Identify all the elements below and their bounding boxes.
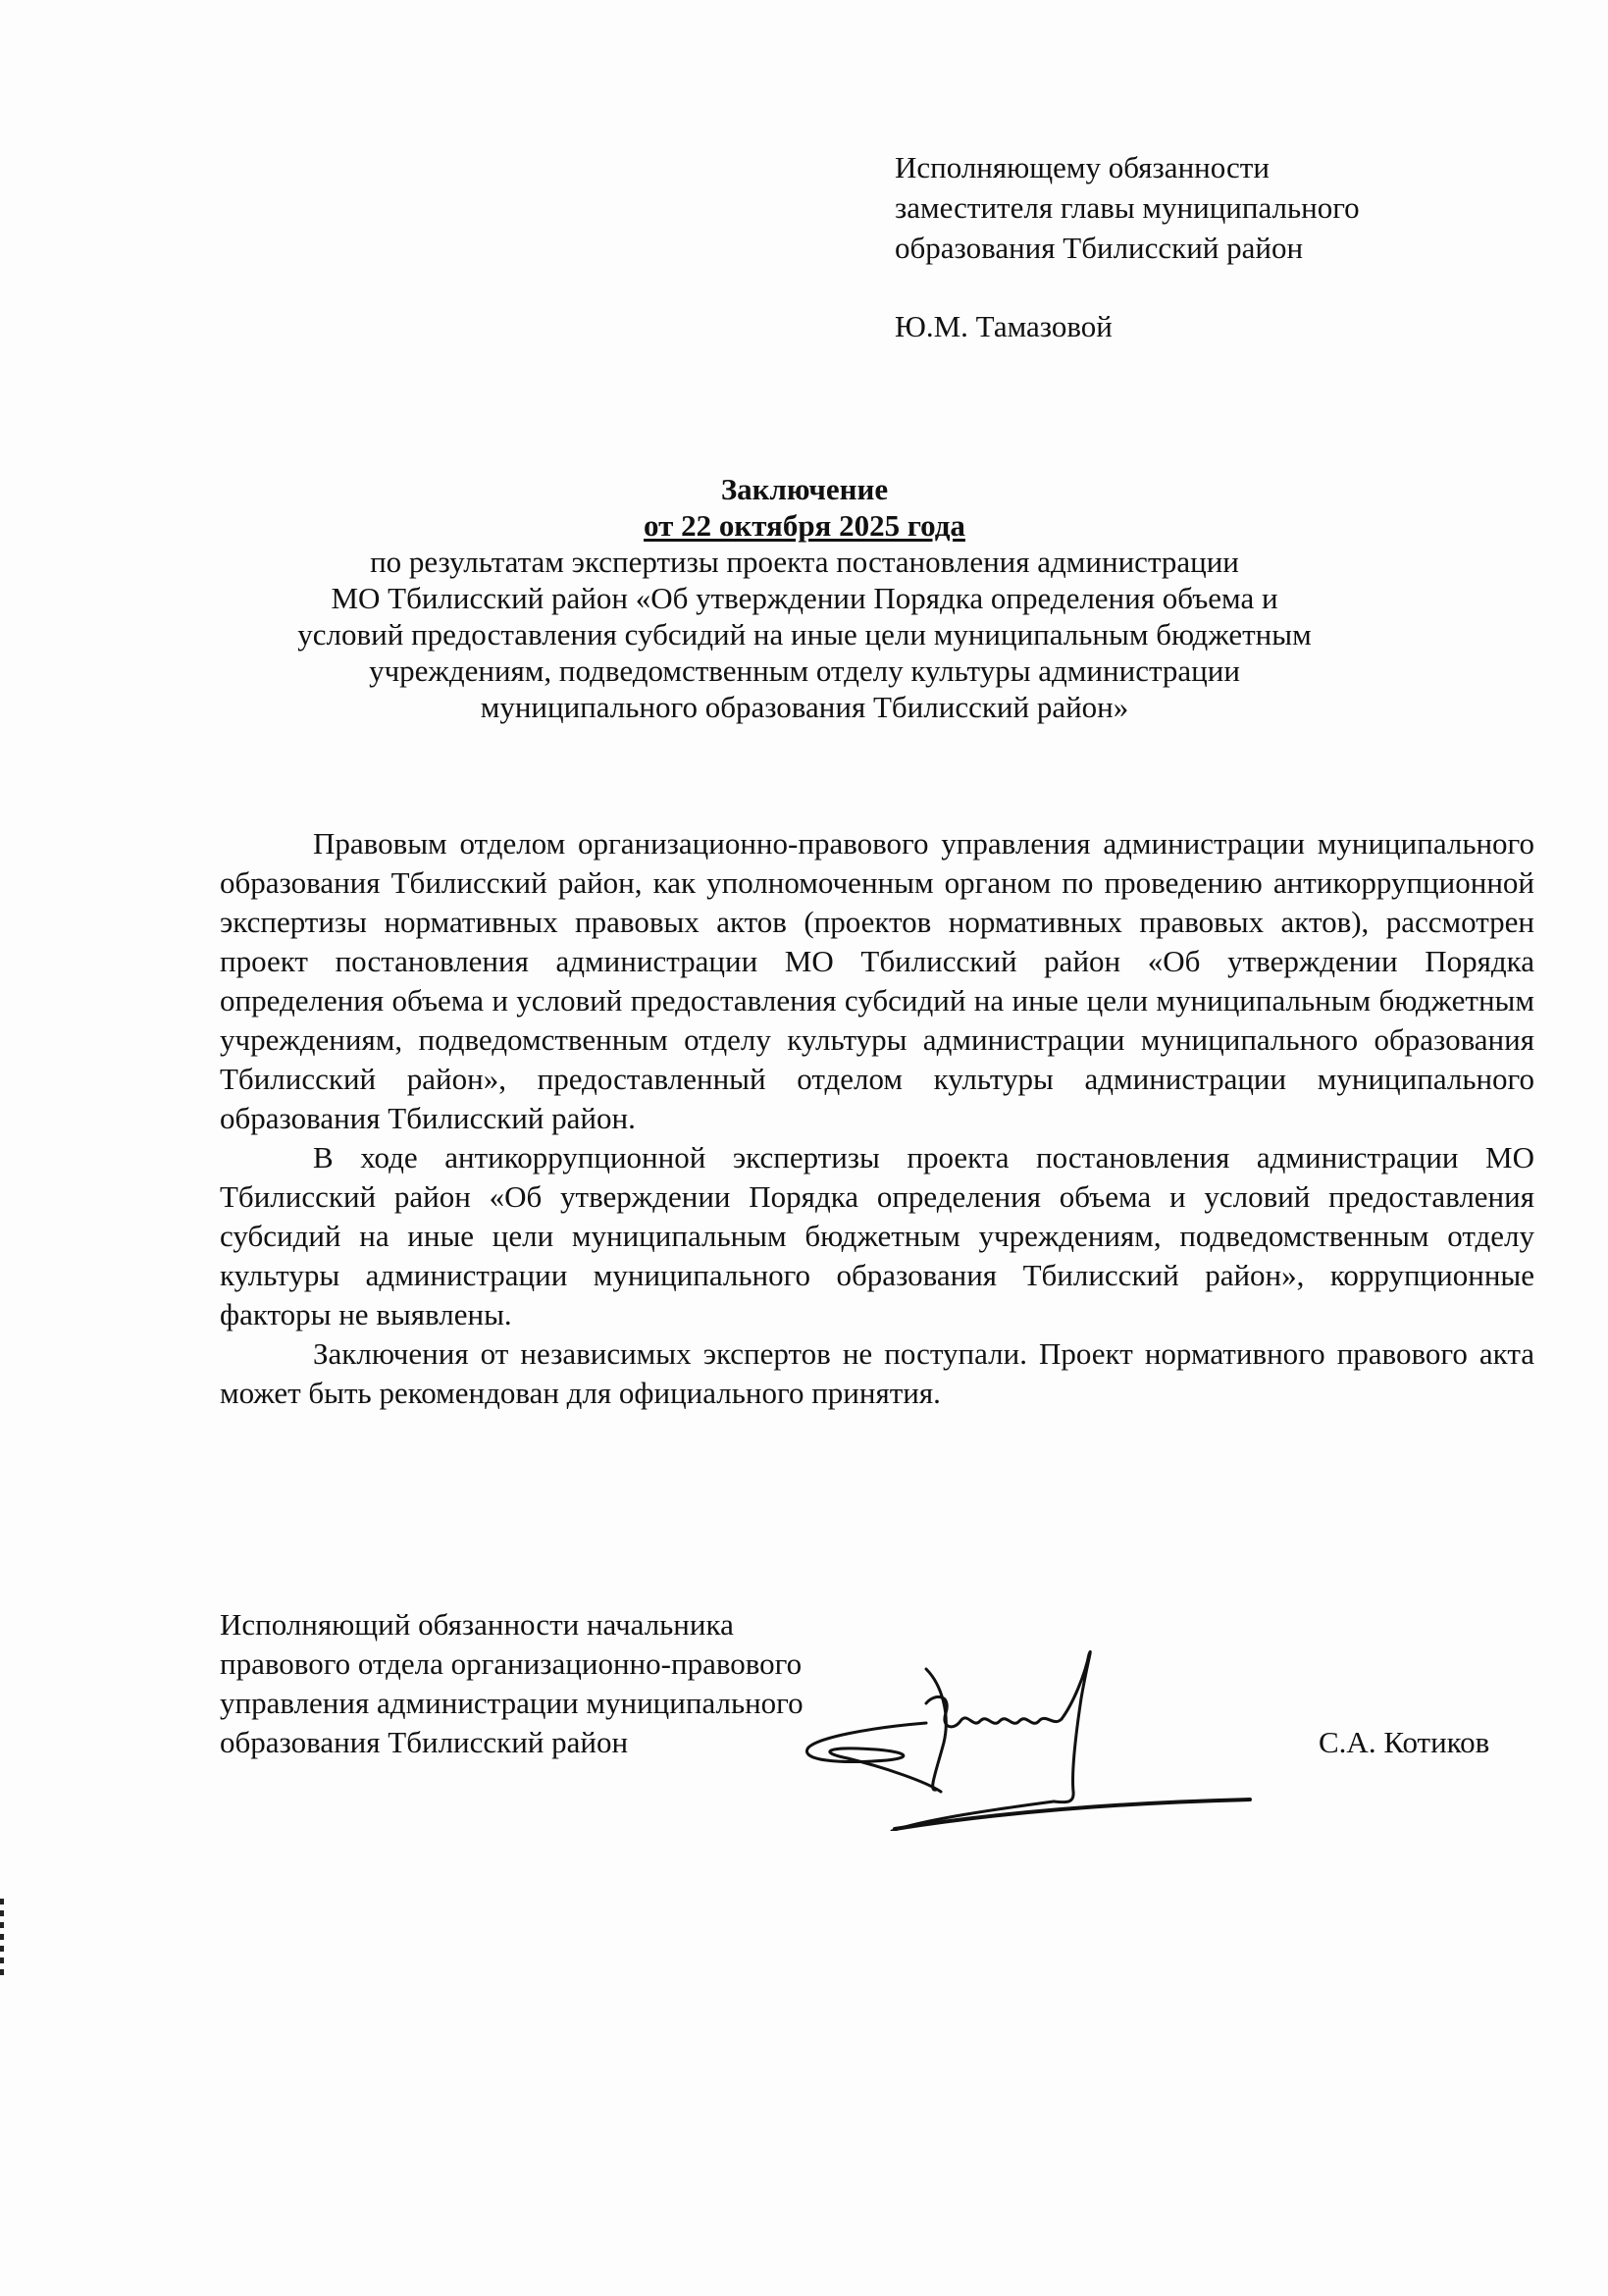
scan-edge-marks (0, 1899, 4, 1977)
handwritten-signature-icon (779, 1644, 1289, 1831)
signer-position-line: образования Тбилисский район (220, 1723, 804, 1762)
subject-line: МО Тбилисский район «Об утверждении Поря… (216, 580, 1393, 616)
signer-position-line: правового отдела организационно-правовог… (220, 1644, 804, 1684)
addressee-name: Ю.М. Тамазовой (895, 306, 1360, 346)
subject-line: по результатам экспертизы проекта постан… (216, 544, 1393, 580)
subject-line: условий предоставления субсидий на иные … (216, 616, 1393, 652)
document-body: Правовым отделом организационно-правовог… (220, 824, 1534, 1413)
document-header: Заключение от 22 октября 2025 года по ре… (216, 471, 1393, 725)
addressee-block: Исполняющему обязанности заместителя гла… (895, 147, 1360, 346)
signer-position: Исполняющий обязанности начальника право… (220, 1605, 804, 1762)
signature-block: Исполняющий обязанности начальника право… (220, 1605, 1534, 1860)
subject-line: муниципального образования Тбилисский ра… (216, 689, 1393, 725)
signer-name: С.А. Котиков (1319, 1723, 1489, 1762)
document-title: Заключение (216, 471, 1393, 507)
addressee-line: образования Тбилисский район (895, 228, 1360, 268)
subject-line: учреждениям, подведомственным отделу кул… (216, 652, 1393, 689)
body-paragraph: Правовым отделом организационно-правовог… (220, 824, 1534, 1138)
document-date: от 22 октября 2025 года (644, 507, 965, 544)
addressee-line: заместителя главы муниципального (895, 187, 1360, 228)
document-page: Исполняющему обязанности заместителя гла… (0, 0, 1608, 2296)
addressee-line: Исполняющему обязанности (895, 147, 1360, 187)
body-paragraph: Заключения от независимых экспертов не п… (220, 1334, 1534, 1413)
signer-position-line: управления администрации муниципального (220, 1684, 804, 1723)
signer-position-line: Исполняющий обязанности начальника (220, 1605, 804, 1644)
body-paragraph: В ходе антикоррупционной экспертизы прое… (220, 1138, 1534, 1334)
